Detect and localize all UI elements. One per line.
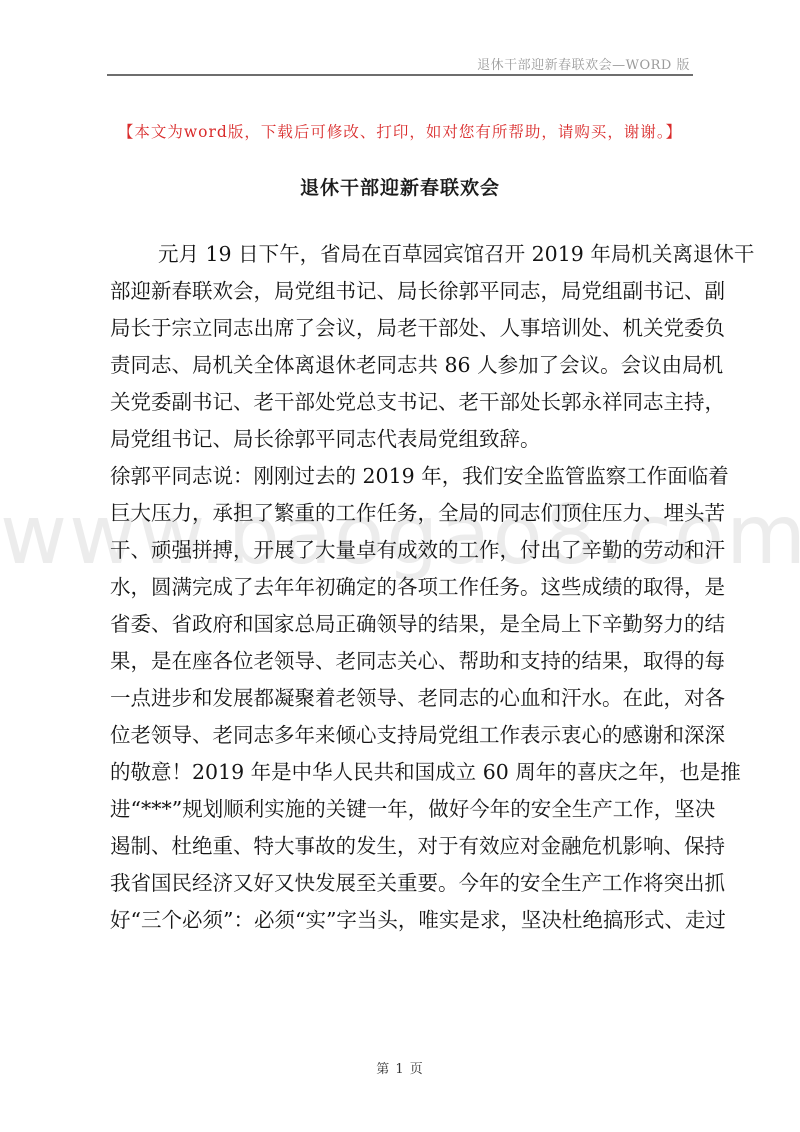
body-line: 一点进步和发展都凝聚着老领导、老同志的心血和汗水。在此，对各 <box>110 680 690 717</box>
body-line: 水，圆满完成了去年年初确定的各项工作任务。这些成绩的取得，是 <box>110 569 690 606</box>
body-line: 干、顽强拼搏，开展了大量卓有成效的工作，付出了辛勤的劳动和汗 <box>110 532 690 569</box>
body-line: 巨大压力，承担了繁重的工作任务，全局的同志们顶住压力、埋头苦 <box>110 495 690 532</box>
purchase-notice: 【本文为word版，下载后可修改、打印，如对您有所帮助，请购买，谢谢。】 <box>0 120 800 142</box>
body-line: 徐郭平同志说：刚刚过去的 2019 年，我们安全监管监察工作面临着 <box>110 458 690 495</box>
page-number: 第 1 页 <box>0 1058 800 1077</box>
body-line: 部迎新春联欢会，局党组书记、局长徐郭平同志，局党组副书记、副 <box>110 273 690 310</box>
body-line: 元月 19 日下午，省局在百草园宾馆召开 2019 年局机关离退休干 <box>110 236 690 273</box>
body-line: 遏制、杜绝重、特大事故的发生，对于有效应对金融危机影响、保持 <box>110 828 690 865</box>
body-line: 局长于宗立同志出席了会议，局老干部处、人事培训处、机关党委负 <box>110 310 690 347</box>
body-line: 我省国民经济又好又快发展至关重要。今年的安全生产工作将突出抓 <box>110 865 690 902</box>
running-header: 退休干部迎新春联欢会—WORD 版 <box>477 54 690 73</box>
body-line: 关党委副书记、老干部处党总支书记、老干部处长郭永祥同志主持， <box>110 384 690 421</box>
body-line: 进“***”规划顺利实施的关键一年，做好今年的安全生产工作，坚决 <box>110 791 690 828</box>
document-page: 退休干部迎新春联欢会—WORD 版 【本文为word版，下载后可修改、打印，如对… <box>0 0 800 1132</box>
body-line: 果，是在座各位老领导、老同志关心、帮助和支持的结果，取得的每 <box>110 643 690 680</box>
document-body: 元月 19 日下午，省局在百草园宾馆召开 2019 年局机关离退休干 部迎新春联… <box>110 236 690 939</box>
body-line: 省委、省政府和国家总局正确领导的结果，是全局上下辛勤努力的结 <box>110 606 690 643</box>
body-line: 责同志、局机关全体离退休老同志共 86 人参加了会议。会议由局机 <box>110 347 690 384</box>
header-rule <box>107 74 693 76</box>
body-line: 局党组书记、局长徐郭平同志代表局党组致辞。 <box>110 421 690 458</box>
body-line: 的敬意！2019 年是中华人民共和国成立 60 周年的喜庆之年，也是推 <box>110 754 690 791</box>
body-line: 好“三个必须”：必须“实”字当头，唯实是求，坚决杜绝搞形式、走过 <box>110 902 690 939</box>
body-line: 位老领导、老同志多年来倾心支持局党组工作表示衷心的感谢和深深 <box>110 717 690 754</box>
document-title: 退休干部迎新春联欢会 <box>0 173 800 200</box>
